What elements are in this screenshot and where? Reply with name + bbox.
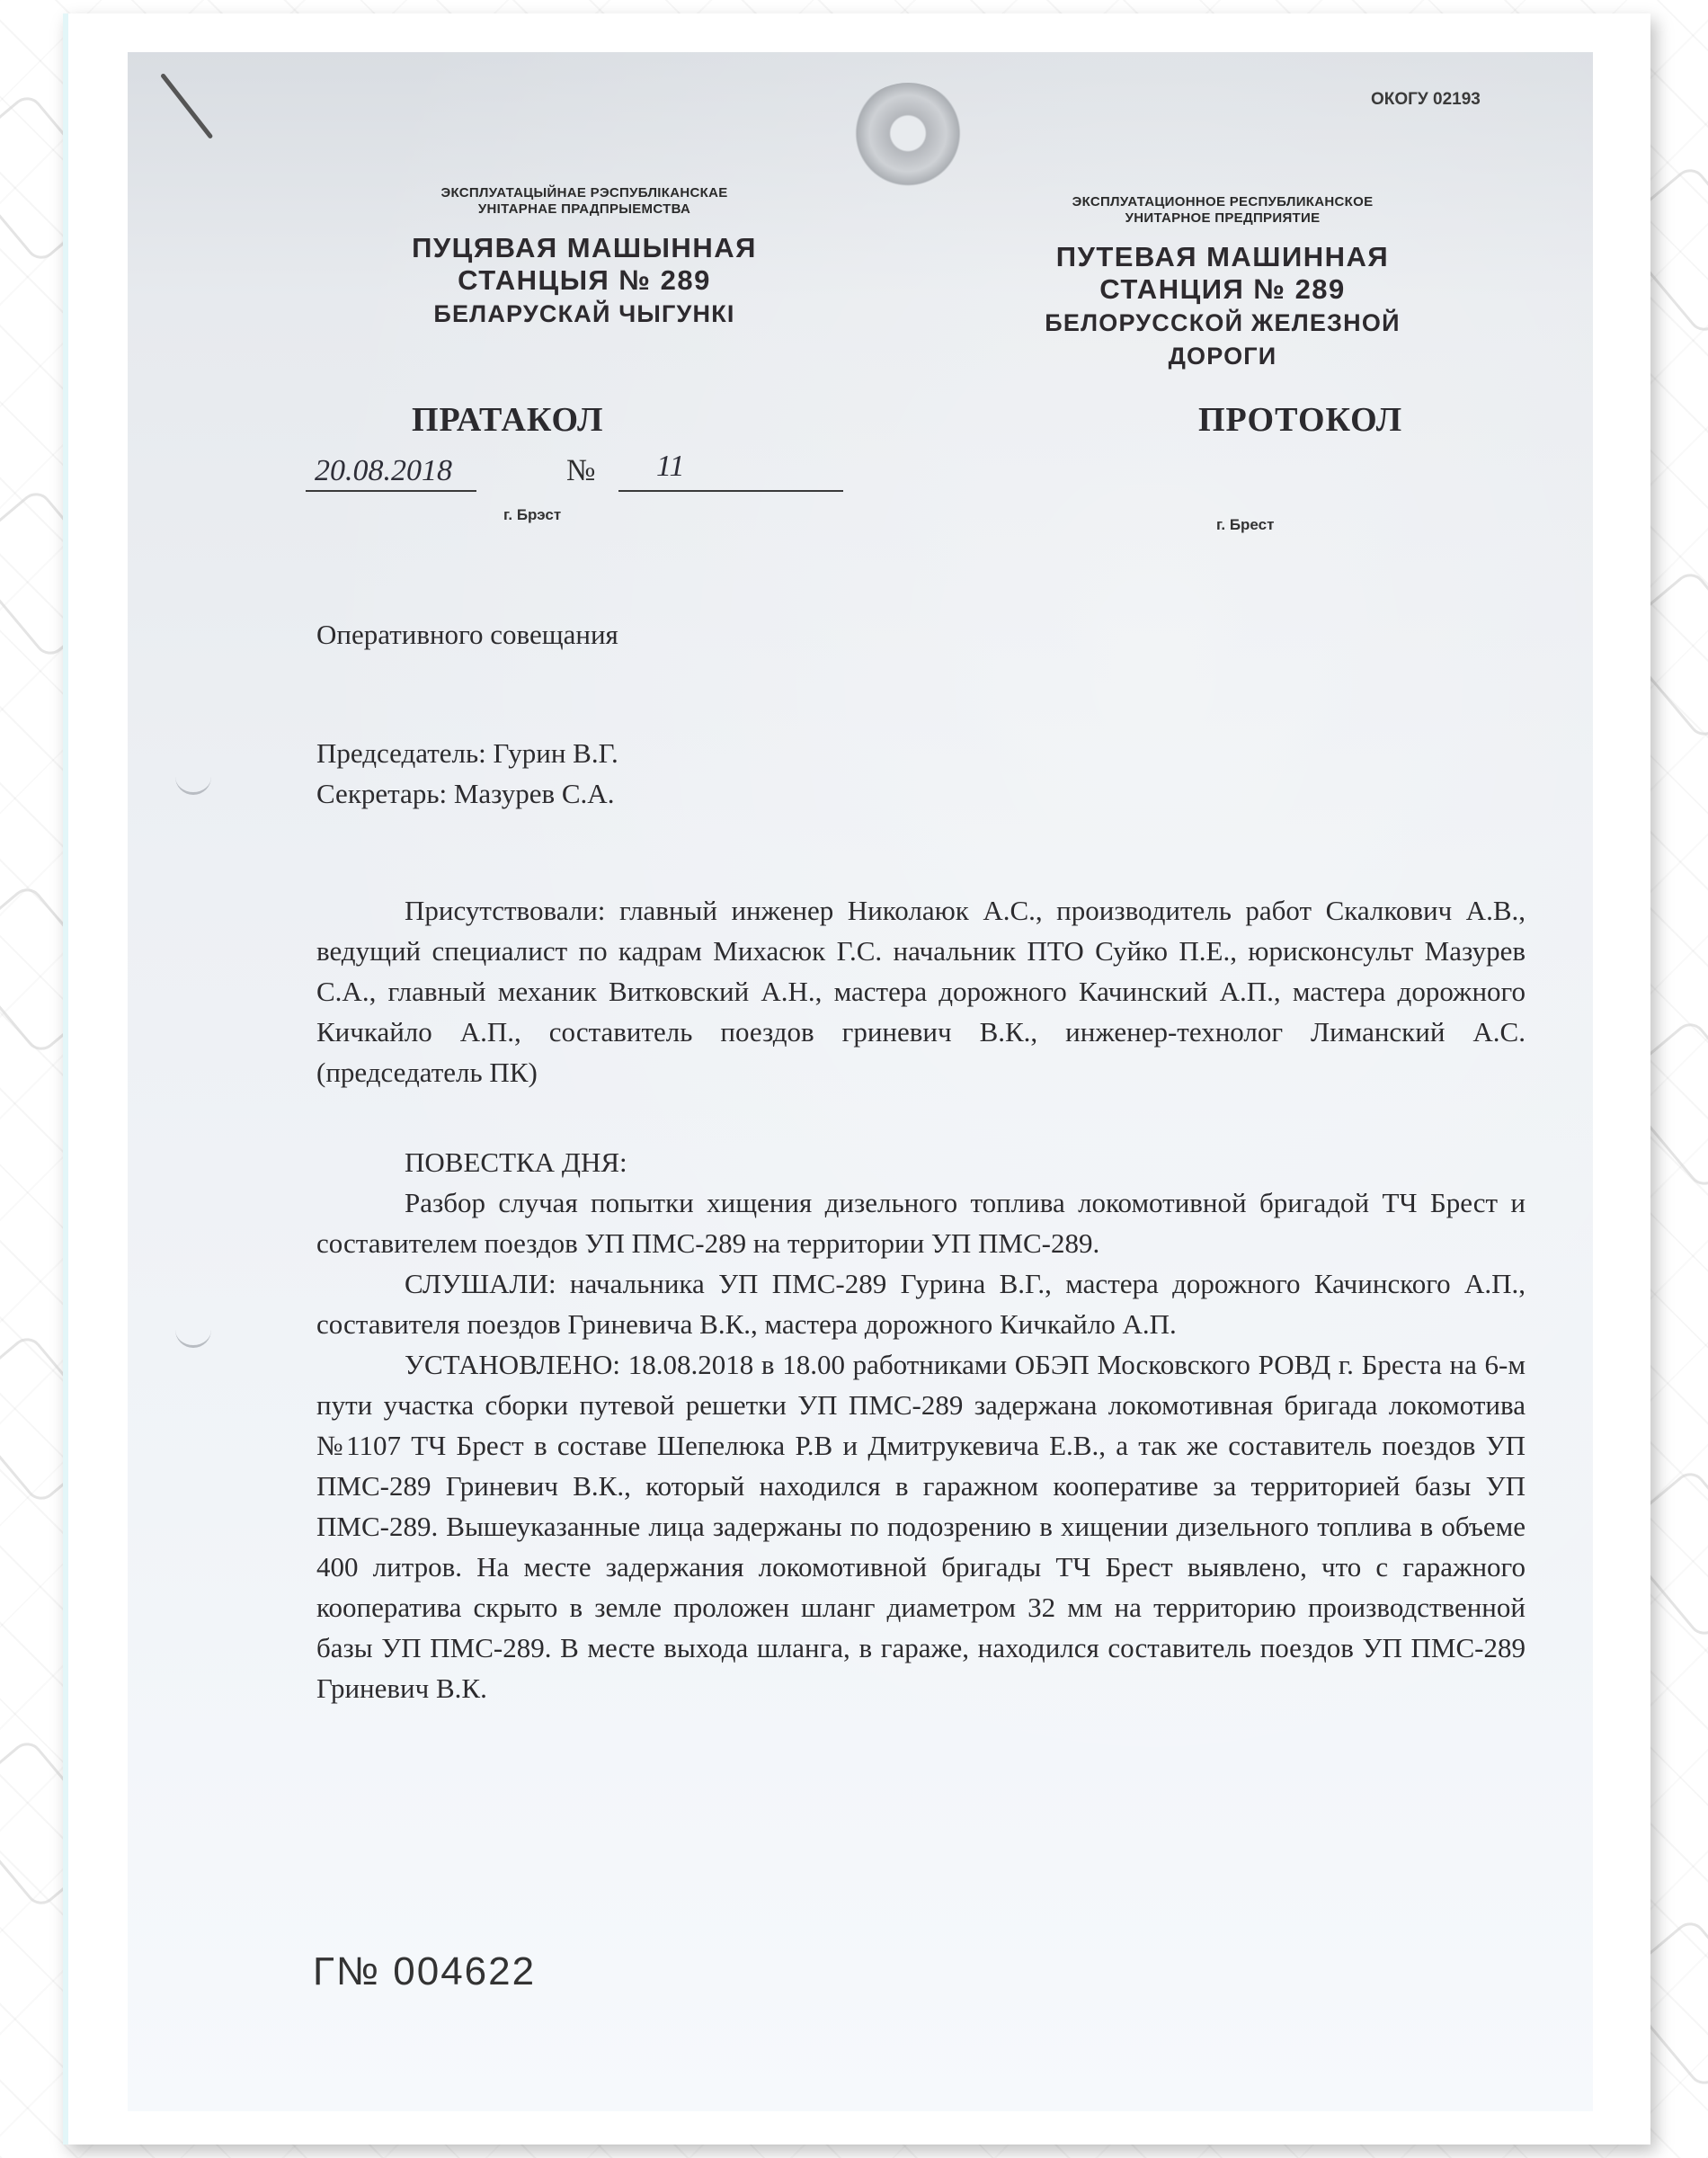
agenda-heading: ПОВЕСТКА ДНЯ: — [316, 1142, 1526, 1182]
left-org-type-line2: УНІТАРНАЕ ПРАДПРЫЕМСТВА — [360, 201, 809, 218]
left-org-name-line1: ПУЦЯВАЯ МАШЫННАЯ — [360, 232, 809, 264]
heard-paragraph: СЛУШАЛИ: начальника УП ПМС-289 Гурина В.… — [316, 1263, 1526, 1344]
right-header: ЭКСПЛУАТАЦИОННОЕ РЕСПУБЛИКАНСКОЕ УНИТАРН… — [989, 194, 1456, 372]
left-org-type-line1: ЭКСПЛУАТАЦЫЙНАЕ РЭСПУБЛІКАНСКАЕ — [360, 185, 809, 201]
number-sign: № — [566, 454, 595, 488]
attendees-paragraph: Присутствовали: главный инженер Николаюк… — [316, 890, 1526, 1092]
left-org-name-line2: СТАНЦЫЯ № 289 — [360, 264, 809, 297]
form-serial-number: Г№ 004622 — [313, 1949, 536, 1994]
established-paragraph: УСТАНОВЛЕНО: 18.08.2018 в 18.00 работник… — [316, 1344, 1526, 1708]
right-org-name-line2: СТАНЦИЯ № 289 — [989, 273, 1456, 306]
left-city: г. Брэст — [503, 506, 561, 524]
right-org-name-line3: БЕЛОРУССКОЙ ЖЕЛЕЗНОЙ ДОРОГИ — [1045, 309, 1400, 370]
right-title: ПРОТОКОЛ — [1198, 400, 1402, 440]
date-handwritten: 20.08.2018 — [315, 454, 452, 488]
agenda-paragraph: Разбор случая попытки хищения дизельного… — [316, 1182, 1526, 1263]
right-org-name-line1: ПУТЕВАЯ МАШИННАЯ — [989, 241, 1456, 273]
left-title: ПРАТАКОЛ — [412, 400, 604, 440]
officials-block: Председатель: Гурин В.Г. Секретарь: Мазу… — [316, 733, 1036, 814]
okogu-code: ОКОГУ 02193 — [1371, 90, 1481, 110]
right-org-type-line1: ЭКСПЛУАТАЦИОННОЕ РЕСПУБЛИКАНСКОЕ — [989, 194, 1456, 210]
chairman: Председатель: Гурин В.Г. — [316, 733, 1036, 773]
meeting-type: Оперативного совещания — [316, 614, 618, 655]
date-underline — [306, 490, 476, 492]
belarus-coat-of-arms-icon — [850, 83, 966, 195]
main-content: Присутствовали: главный инженер Николаюк… — [316, 890, 1526, 1708]
left-org-name-line3: БЕЛАРУСКАЙ ЧЫГУНКІ — [433, 300, 734, 327]
number-handwritten: 11 — [656, 450, 684, 484]
number-underline — [618, 490, 843, 492]
secretary: Секретарь: Мазурев С.А. — [316, 773, 1036, 814]
right-city: г. Брест — [1216, 516, 1274, 534]
right-org-type-line2: УНИТАРНОЕ ПРЕДПРИЯТИЕ — [989, 210, 1456, 227]
left-header: ЭКСПЛУАТАЦЫЙНАЕ РЭСПУБЛІКАНСКАЕ УНІТАРНА… — [360, 185, 809, 330]
